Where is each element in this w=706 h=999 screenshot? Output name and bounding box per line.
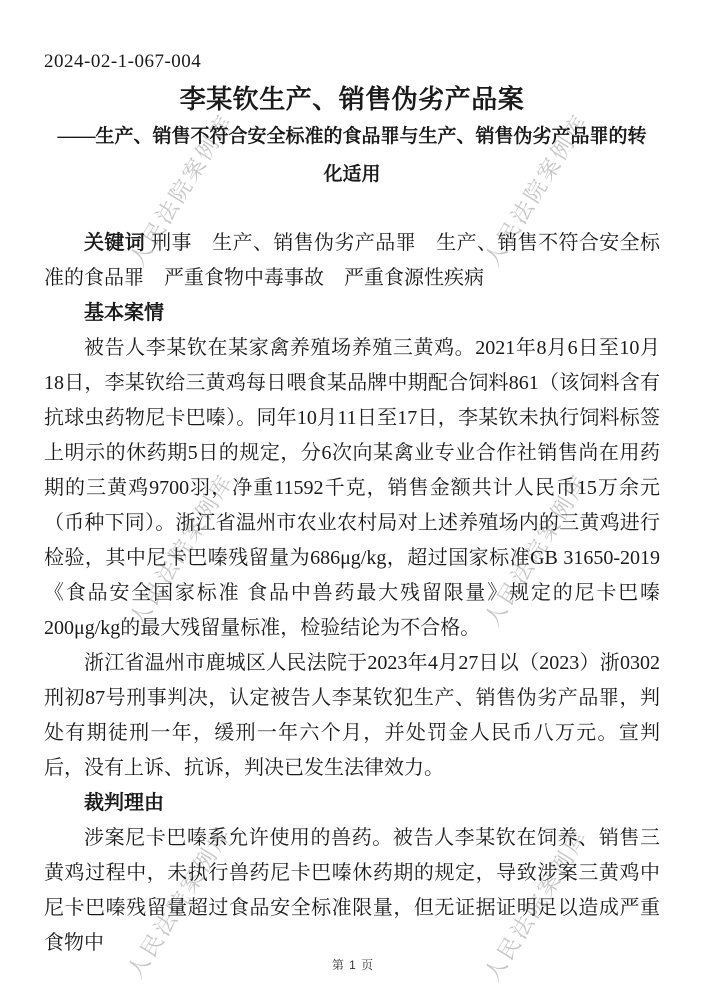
keywords-paragraph: 关键词刑事 生产、销售伪劣产品罪 生产、销售不符合安全标准的食品罪 严重食物中毒…	[44, 226, 660, 296]
judgment-reasons-paragraph-1: 涉案尼卡巴嗪系允许使用的兽药。被告人李某钦在饲养、销售三黄鸡过程中，未执行兽药尼…	[44, 821, 660, 961]
document-content: 2024-02-1-067-004 李某钦生产、销售伪劣产品案 ——生产、销售不…	[0, 0, 706, 961]
case-title: 李某钦生产、销售伪劣产品案	[44, 84, 660, 116]
case-subtitle: ——生产、销售不符合安全标准的食品罪与生产、销售伪劣产品罪的转 化适用	[44, 118, 660, 194]
page-number-footer: 第 1 页	[0, 956, 706, 973]
court-case-document-page: 人民法院案例库 人民法院案例库 人民法院案例库 人民法院案例库 人民法院案例库 …	[0, 0, 706, 999]
basic-facts-paragraph-1: 被告人李某钦在某家禽养殖场养殖三黄鸡。2021年8月6日至10月18日，李某钦给…	[44, 331, 660, 646]
case-subtitle-line-1: ——生产、销售不符合安全标准的食品罪与生产、销售伪劣产品罪的转	[44, 118, 660, 156]
section-heading-judgment-reasons: 裁判理由	[44, 786, 660, 821]
case-number: 2024-02-1-067-004	[44, 50, 660, 74]
section-heading-basic-facts: 基本案情	[44, 296, 660, 331]
case-subtitle-line-2: 化适用	[44, 156, 660, 194]
basic-facts-paragraph-2: 浙江省温州市鹿城区人民法院于2023年4月27日以（2023）浙0302刑初87…	[44, 646, 660, 786]
keywords-label: 关键词	[84, 232, 145, 254]
